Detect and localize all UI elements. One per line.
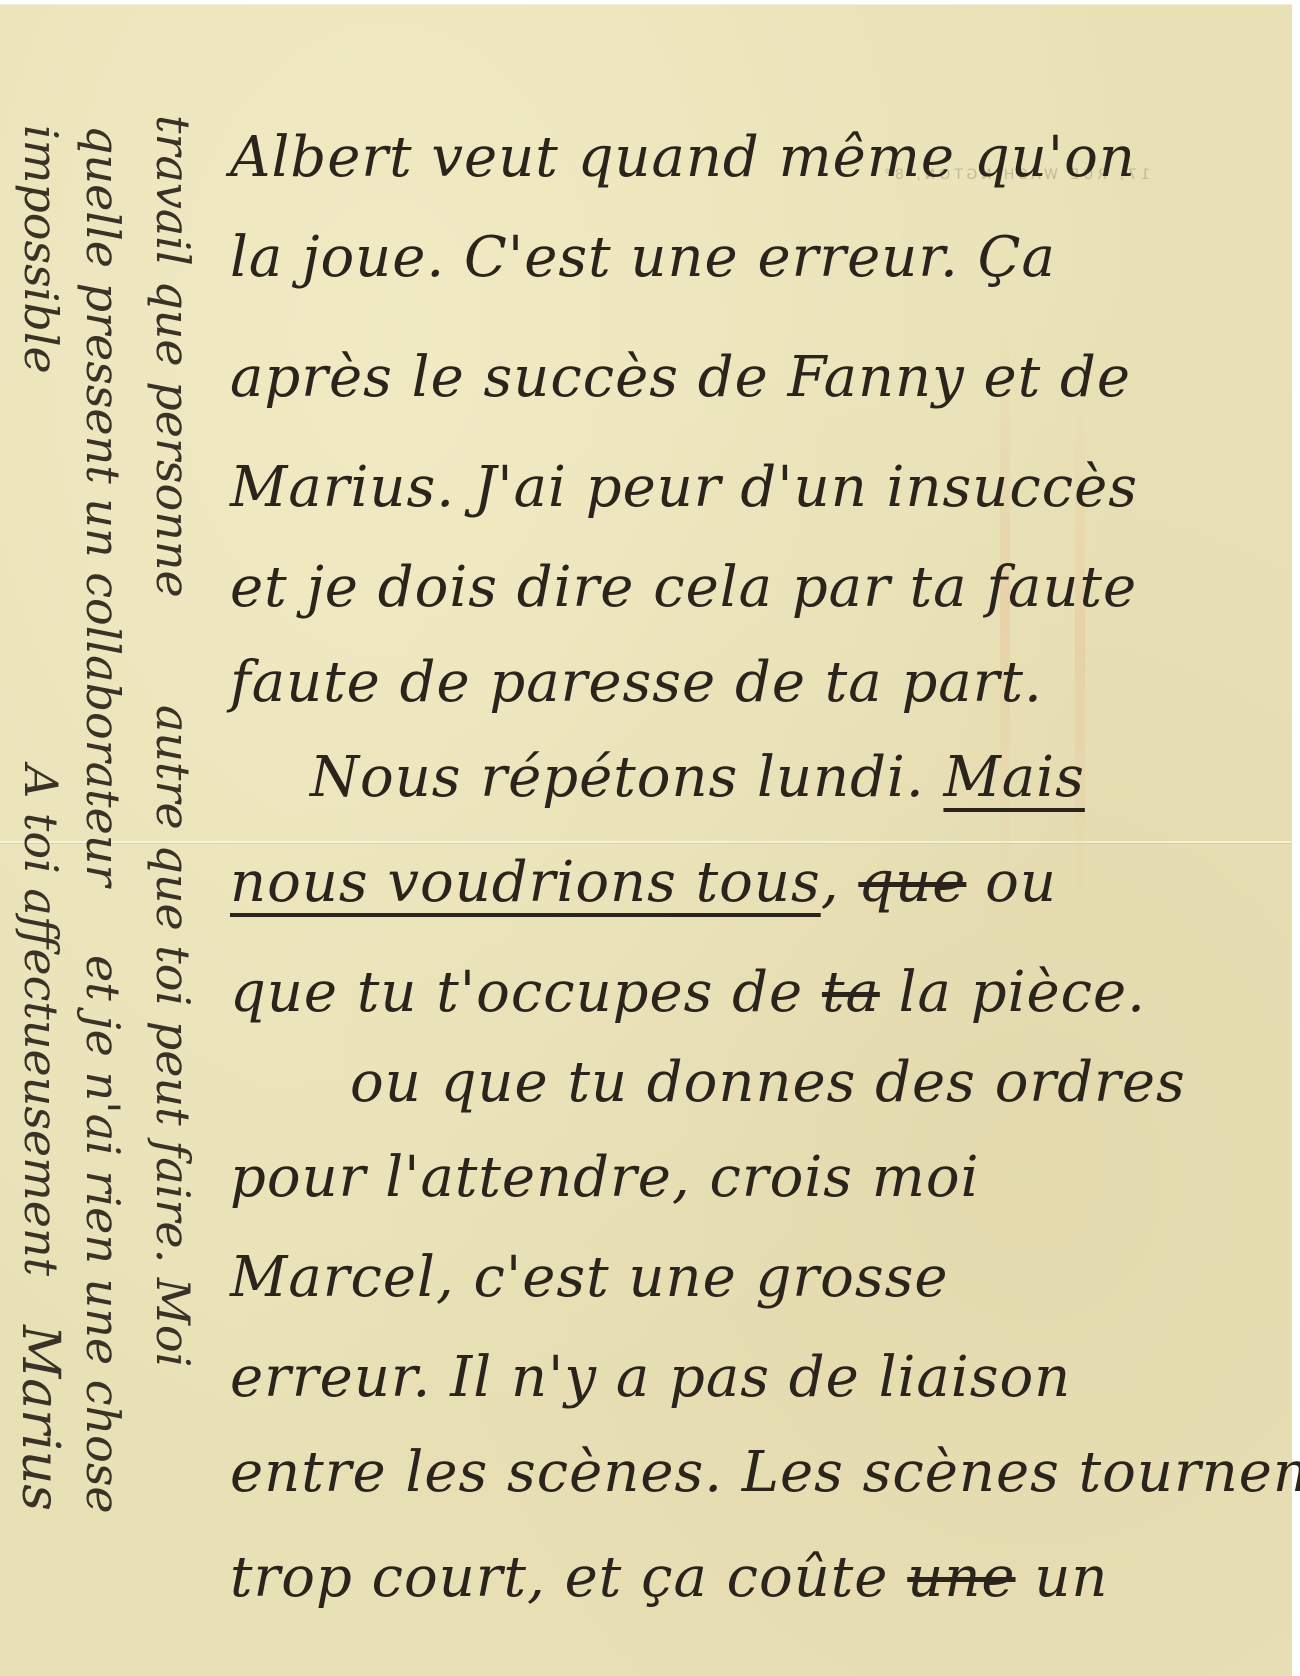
- body-line: pour l'attendre, crois moi: [230, 1145, 980, 1210]
- underlined-phrase: nous voudrions tous: [230, 850, 821, 915]
- body-line: que tu t'occupes de ta la pièce.: [230, 960, 1146, 1025]
- margin-note-col2a: quelle pressent un collaborateur: [76, 125, 130, 886]
- struck-word: ta: [822, 960, 880, 1025]
- body-line: Marius. J'ai peur d'un insuccès: [230, 455, 1138, 520]
- underlined-word: Mais: [943, 745, 1084, 810]
- margin-note-col3a: impossible: [14, 125, 68, 374]
- body-line: Marcel, c'est une grosse: [230, 1245, 948, 1310]
- struck-word: que: [858, 850, 966, 915]
- body-line: nous voudrions tous, que ou: [230, 850, 1057, 915]
- letter-paper: 17, RUE WASHINGTON, 8° Albert veut quand…: [0, 4, 1292, 1676]
- margin-note-closing: A toi affectueusement: [14, 765, 68, 1276]
- body-line: erreur. Il n'y a pas de liaison: [230, 1345, 1071, 1410]
- body-line: la joue. C'est une erreur. Ça: [230, 225, 1056, 290]
- struck-word: une: [907, 1545, 1015, 1610]
- margin-note-col1b: autre que toi peut faire. Moi: [146, 705, 200, 1367]
- body-line: Albert veut quand même qu'on: [230, 125, 1136, 190]
- body-line: Nous répétons lundi. Mais: [310, 745, 1085, 810]
- body-line: après le succès de Fanny et de: [230, 345, 1131, 410]
- body-line: trop court, et ça coûte une un: [230, 1545, 1108, 1610]
- body-line: faute de paresse de ta part.: [230, 650, 1043, 715]
- body-line: entre les scènes. Les scènes tournent: [230, 1440, 1300, 1505]
- signature: Marius: [10, 1325, 70, 1511]
- body-line: ou que tu donnes des ordres: [350, 1050, 1186, 1115]
- margin-note-col1a: travail que personne: [146, 115, 200, 598]
- body-line: et je dois dire cela par ta faute: [230, 555, 1137, 620]
- margin-note-col2b: et je n'ai rien une chose: [76, 955, 130, 1514]
